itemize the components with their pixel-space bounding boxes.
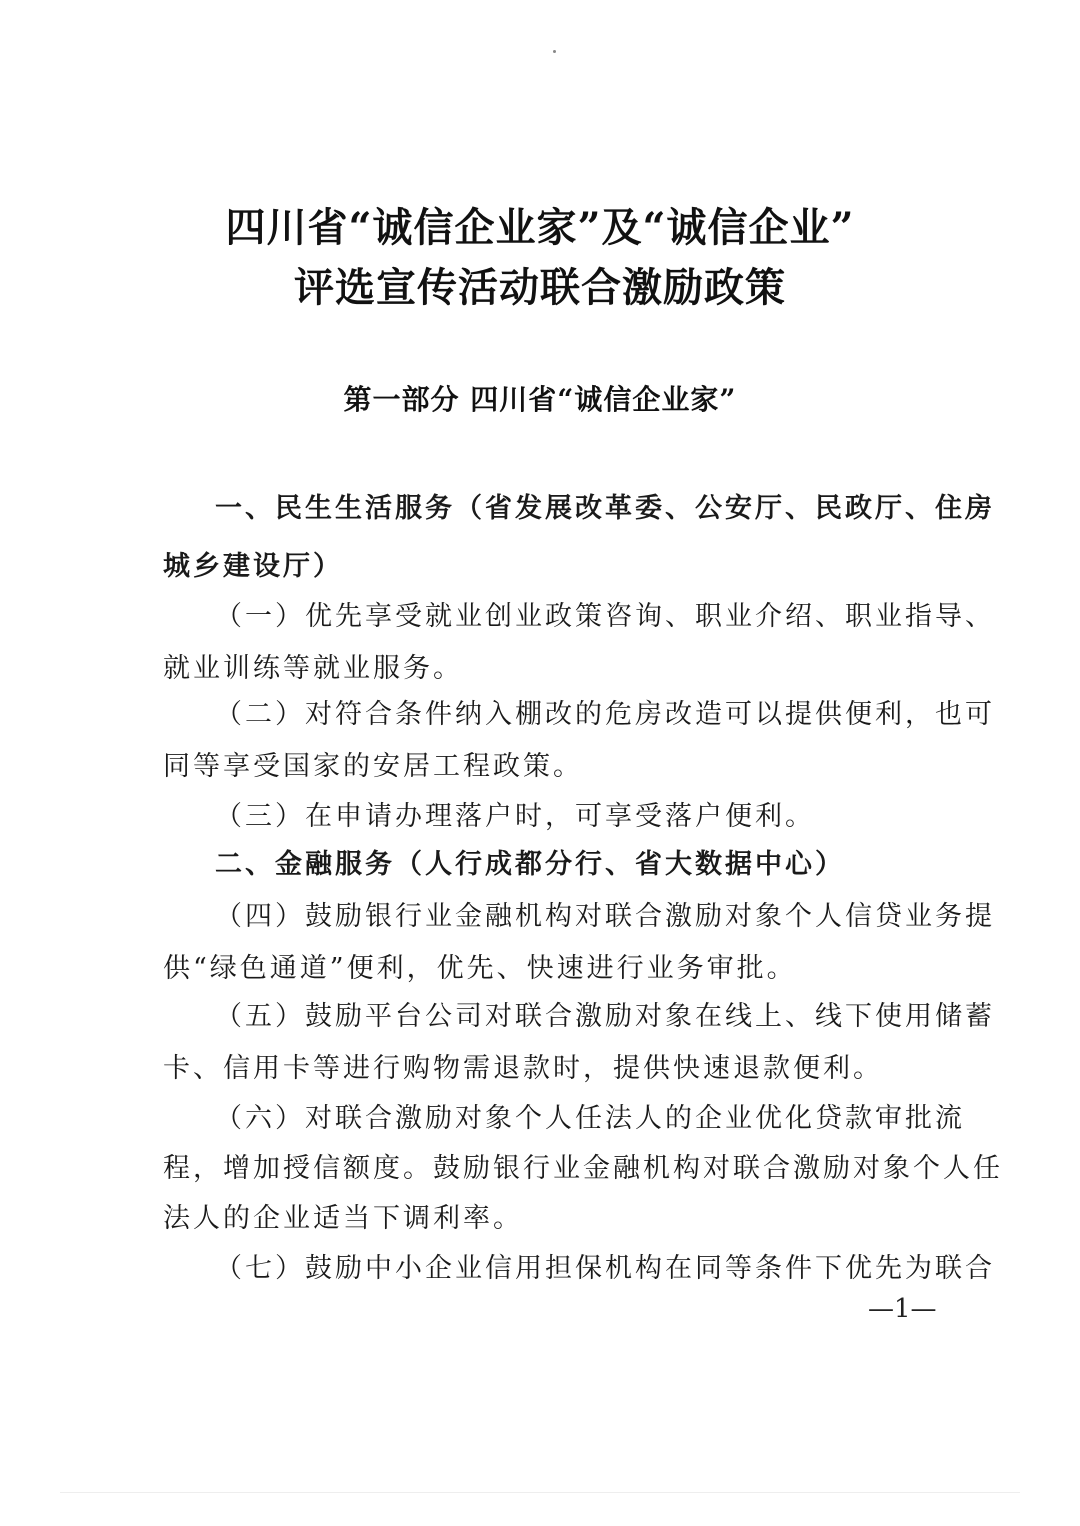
paragraph-line: 卡、信用卡等进行购物需退款时，提供快速退款便利。	[163, 1046, 883, 1085]
paragraph-line: 就业训练等就业服务。	[163, 646, 463, 685]
section-heading-cont: 城乡建设厅）	[163, 544, 343, 583]
document-title-line2: 评选宣传活动联合激励政策	[0, 256, 1080, 313]
paragraph-line: 供“绿色通道”便利，优先、快速进行业务审批。	[163, 946, 797, 985]
part-heading: 第一部分 四川省“诚信企业家”	[0, 378, 1080, 418]
paragraph-line: （六）对联合激励对象个人任法人的企业优化贷款审批流	[215, 1096, 965, 1135]
paragraph-line: 程，增加授信额度。鼓励银行业金融机构对联合激励对象个人任	[163, 1146, 1003, 1185]
paragraph-line: 法人的企业适当下调利率。	[163, 1196, 523, 1235]
paragraph-line: （五）鼓励平台公司对联合激励对象在线上、线下使用储蓄	[215, 994, 995, 1033]
document-page: 四川省“诚信企业家”及“诚信企业” 评选宣传活动联合激励政策 第一部分 四川省“…	[0, 0, 1080, 1526]
section-heading: 一、民生生活服务（省发展改革委、公安厅、民政厅、住房	[215, 486, 995, 525]
page-number: —1—	[868, 1294, 937, 1324]
paragraph-line: （三）在申请办理落户时，可享受落户便利。	[215, 794, 815, 833]
scan-edge-line	[60, 1492, 1020, 1493]
paragraph-line: （二）对符合条件纳入棚改的危房改造可以提供便利，也可	[215, 692, 995, 731]
paragraph-line: （一）优先享受就业创业政策咨询、职业介绍、职业指导、	[215, 594, 995, 633]
paragraph-line: （四）鼓励银行业金融机构对联合激励对象个人信贷业务提	[215, 894, 995, 933]
document-title-line1: 四川省“诚信企业家”及“诚信企业”	[0, 196, 1080, 253]
paragraph-line: （七）鼓励中小企业信用担保机构在同等条件下优先为联合	[215, 1246, 995, 1285]
scan-speck	[553, 50, 556, 53]
section-heading: 二、金融服务（人行成都分行、省大数据中心）	[215, 842, 845, 881]
paragraph-line: 同等享受国家的安居工程政策。	[163, 744, 583, 783]
